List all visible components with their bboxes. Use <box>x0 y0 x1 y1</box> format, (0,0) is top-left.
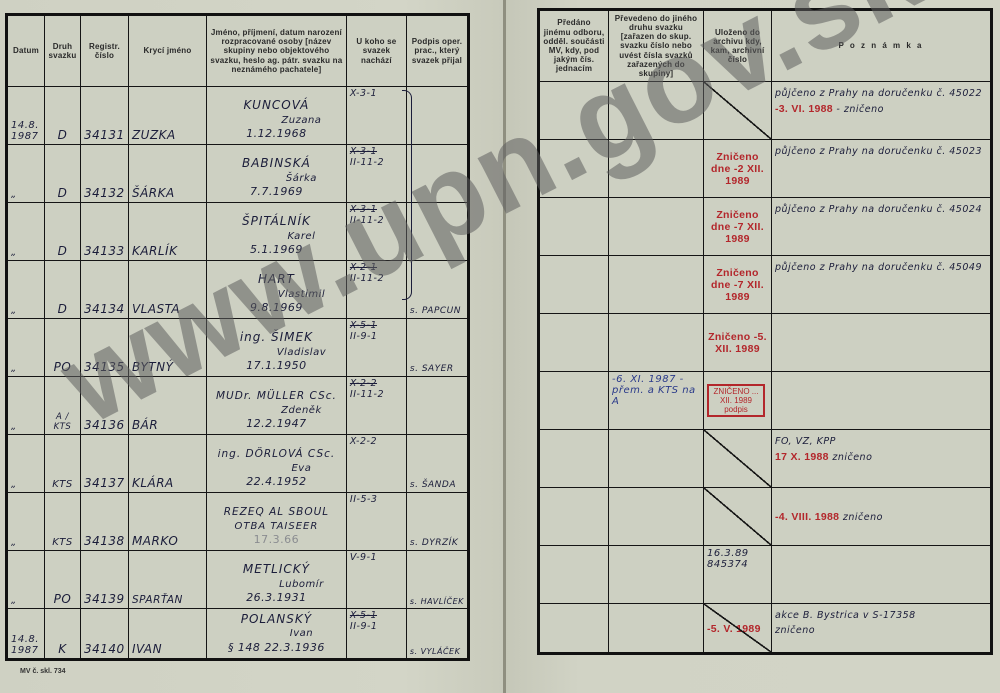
diagonal-strike <box>704 430 771 487</box>
diagonal-strike <box>704 82 771 139</box>
destroyed-stamp: Zničeno dne -7 XII. 1989 <box>707 209 768 245</box>
given-name: OTBA TAISEER <box>210 520 343 534</box>
location-current: II-11-2 <box>350 390 403 401</box>
signature-cell: s. ŠANDA <box>406 435 468 493</box>
location-current: II-9-1 <box>350 622 403 633</box>
type-cell: D <box>44 261 80 319</box>
header-note: P o z n á m k a <box>772 10 992 82</box>
transferred-cell <box>539 430 609 488</box>
given-name: Vladislav <box>210 346 343 360</box>
type-cell: D <box>44 145 80 203</box>
location-cell: X-3-1 II-11-2 <box>346 145 406 203</box>
surname: HART <box>210 271 343 287</box>
birth-date: § 148 22.3.1936 <box>210 641 343 656</box>
table-row: -6. XI. 1987 - přem. a KTS na A ZNIČENO … <box>539 372 992 430</box>
table-row: „ PO 34139 SPARŤAN METLICKÝ Lubomír 26.3… <box>7 551 469 609</box>
table-row: „ PO 34135 BYTNÝ ing. ŠIMEK Vladislav 17… <box>7 319 469 377</box>
given-name: Zdeněk <box>210 404 343 418</box>
note-cell: FO, VZ, KPP 17 X. 1988 zničeno <box>772 430 992 488</box>
header-person: Jméno, příjmení, datum narození rozpraco… <box>206 15 346 87</box>
reg-cell: 34139 <box>80 551 128 609</box>
reg-cell: 34131 <box>80 87 128 145</box>
transferred-cell <box>539 140 609 198</box>
register-table-right: Předáno jinému odboru, odděl. součásti M… <box>537 8 993 655</box>
header-converted: Převedeno do jiného druhu svazku [zařaze… <box>609 10 704 82</box>
header-date: Datum <box>7 15 45 87</box>
destroyed-stamp: Zničeno dne -2 XII. 1989 <box>707 151 768 187</box>
signature-cell <box>406 145 468 203</box>
table-row: 16.3.89 845374 <box>539 546 992 604</box>
date-stamp: -3. VI. 1988 <box>775 103 833 115</box>
person-cell: ŠPITÁLNÍK Karel 5.1.1969 <box>206 203 346 261</box>
signature-cell <box>406 377 468 435</box>
type-cell: KTS <box>44 493 80 551</box>
reg-cell: 34132 <box>80 145 128 203</box>
surname: MUDr. MÜLLER CSc. <box>210 389 343 403</box>
note-text: půjčeno z Prahy na doručenku č. 45023 <box>775 146 982 157</box>
type-cell: PO <box>44 319 80 377</box>
table-row: „ KTS 34138 MARKO REZEQ AL SBOUL OTBA TA… <box>7 493 469 551</box>
location-cell: X-3-1 <box>346 87 406 145</box>
signature-cell: s. VYLÁČEK <box>406 609 468 660</box>
note-cell: půjčeno z Prahy na doručenku č. 45023 <box>772 140 992 198</box>
handwritten-brace <box>402 90 412 300</box>
date-cell: „ <box>7 203 45 261</box>
given-name: Karel <box>210 230 343 244</box>
person-cell: MUDr. MÜLLER CSc. Zdeněk 12.2.1947 <box>206 377 346 435</box>
type-cell: PO <box>44 551 80 609</box>
surname: ŠPITÁLNÍK <box>210 213 343 229</box>
transferred-cell <box>539 314 609 372</box>
location-cell: II-5-3 <box>346 493 406 551</box>
book-spine <box>503 0 506 693</box>
archived-cell <box>704 82 772 140</box>
reg-cell: 34137 <box>80 435 128 493</box>
archived-cell: Zničeno dne -7 XII. 1989 <box>704 198 772 256</box>
converted-cell <box>609 488 704 546</box>
type-cell: D <box>44 87 80 145</box>
birth-date: 17.3.66 <box>210 533 343 548</box>
given-name: Šárka <box>210 172 343 186</box>
cover-cell: BÁR <box>128 377 206 435</box>
birth-date: 5.1.1969 <box>210 243 343 258</box>
person-cell: BABINSKÁ Šárka 7.7.1969 <box>206 145 346 203</box>
note-text: půjčeno z Prahy na doručenku č. 45049 <box>775 262 982 273</box>
person-cell: HART Vlastimil 9.8.1969 <box>206 261 346 319</box>
archived-cell <box>704 430 772 488</box>
archived-cell: Zničeno dne -7 XII. 1989 <box>704 256 772 314</box>
location-current: II-11-2 <box>350 274 403 285</box>
table-row: „ D 34132 ŠÁRKA BABINSKÁ Šárka 7.7.1969 … <box>7 145 469 203</box>
birth-date: 9.8.1969 <box>210 301 343 316</box>
transferred-cell <box>539 198 609 256</box>
location-cell: X-5-1 II-9-1 <box>346 319 406 377</box>
header-cover-name: Krycí jméno <box>128 15 206 87</box>
converted-cell <box>609 82 704 140</box>
converted-cell <box>609 256 704 314</box>
person-cell: POLANSKÝ Ivan § 148 22.3.1936 <box>206 609 346 660</box>
cover-cell: ZUZKA <box>128 87 206 145</box>
location-current: X-2-2 <box>350 437 403 448</box>
diagonal-strike <box>704 488 771 545</box>
birth-date: 26.3.1931 <box>210 591 343 606</box>
date-cell: „ <box>7 145 45 203</box>
birth-date: 7.7.1969 <box>210 185 343 200</box>
converted-cell <box>609 604 704 654</box>
date-cell: „ <box>7 551 45 609</box>
table-row: „ A / KTS 34136 BÁR MUDr. MÜLLER CSc. Zd… <box>7 377 469 435</box>
birth-date: 22.4.1952 <box>210 475 343 490</box>
note-text: akce B. Bystrica v S-17358 <box>775 608 987 623</box>
given-name: Lubomír <box>210 578 343 592</box>
table-row: půjčeno z Prahy na doručenku č. 45022 -3… <box>539 82 992 140</box>
archived-cell: Zničeno dne -2 XII. 1989 <box>704 140 772 198</box>
date-cell: „ <box>7 435 45 493</box>
location-cell: X-2-1 II-11-2 <box>346 261 406 319</box>
signature-cell: s. HAVLÍČEK <box>406 551 468 609</box>
cover-cell: IVAN <box>128 609 206 660</box>
surname: REZEQ AL SBOUL <box>210 505 343 519</box>
date-cell: „ <box>7 261 45 319</box>
note-cell <box>772 546 992 604</box>
signature-cell <box>406 87 468 145</box>
reg-cell: 34138 <box>80 493 128 551</box>
date-cell: 14.8. 1987 <box>7 609 45 660</box>
table-row: „ D 34134 VLASTA HART Vlastimil 9.8.1969… <box>7 261 469 319</box>
surname: ing. ŠIMEK <box>210 329 343 345</box>
note-cell <box>772 314 992 372</box>
cover-cell: SPARŤAN <box>128 551 206 609</box>
table-row: -4. VIII. 1988 zničeno <box>539 488 992 546</box>
type-cell: D <box>44 203 80 261</box>
table-row: Zničeno dne -2 XII. 1989 půjčeno z Prahy… <box>539 140 992 198</box>
person-cell: REZEQ AL SBOUL OTBA TAISEER 17.3.66 <box>206 493 346 551</box>
surname: METLICKÝ <box>210 561 343 577</box>
given-name: Ivan <box>210 627 343 641</box>
type-cell: A / KTS <box>44 377 80 435</box>
surname: BABINSKÁ <box>210 155 343 171</box>
location-cell: X-2-2 <box>346 435 406 493</box>
surname: ing. DÖRLOVÁ CSc. <box>210 447 343 461</box>
signature-cell: s. PAPCUN <box>406 261 468 319</box>
transferred-cell <box>539 372 609 430</box>
table-row: „ KTS 34137 KLÁRA ing. DÖRLOVÁ CSc. Eva … <box>7 435 469 493</box>
given-name: Vlastimil <box>210 288 343 302</box>
converted-cell <box>609 546 704 604</box>
note-extra: - zničeno <box>836 104 884 115</box>
cover-cell: ŠÁRKA <box>128 145 206 203</box>
table-row: FO, VZ, KPP 17 X. 1988 zničeno <box>539 430 992 488</box>
person-cell: ing. ŠIMEK Vladislav 17.1.1950 <box>206 319 346 377</box>
person-cell: ing. DÖRLOVÁ CSc. Eva 22.4.1952 <box>206 435 346 493</box>
archived-cell: 16.3.89 845374 <box>704 546 772 604</box>
table-row: Zničeno dne -7 XII. 1989 půjčeno z Prahy… <box>539 198 992 256</box>
note-cell: půjčeno z Prahy na doručenku č. 45022 -3… <box>772 82 992 140</box>
header-reg-number: Registr. číslo <box>80 15 128 87</box>
reg-cell: 34133 <box>80 203 128 261</box>
transferred-cell <box>539 604 609 654</box>
signature-cell: s. SAYER <box>406 319 468 377</box>
table-row: 14.8. 1987 K 34140 IVAN POLANSKÝ Ivan § … <box>7 609 469 660</box>
converted-cell <box>609 140 704 198</box>
archived-cell <box>704 488 772 546</box>
location-cell: X-2-2 II-11-2 <box>346 377 406 435</box>
transferred-cell <box>539 256 609 314</box>
type-cell: KTS <box>44 435 80 493</box>
cover-cell: KLÁRA <box>128 435 206 493</box>
date-cell: „ <box>7 493 45 551</box>
converted-cell <box>609 430 704 488</box>
converted-cell <box>609 314 704 372</box>
destroyed-stamp: Zničeno dne -7 XII. 1989 <box>707 267 768 303</box>
cover-cell: KARLÍK <box>128 203 206 261</box>
location-current: II-5-3 <box>350 495 403 506</box>
birth-date: 17.1.1950 <box>210 359 343 374</box>
transferred-cell <box>539 546 609 604</box>
type-cell: K <box>44 609 80 660</box>
archived-cell: -5. V. 1989 <box>704 604 772 654</box>
destroyed-stamp-box: ZNIČENO ... XII. 1989 podpis <box>707 384 765 417</box>
location-current: II-11-2 <box>350 216 403 227</box>
note-text: půjčeno z Prahy na doručenku č. 45022 <box>775 86 987 101</box>
date-stamp: 17 X. 1988 <box>775 451 829 463</box>
converted-cell <box>609 198 704 256</box>
table-row: 14.8. 1987 D 34131 ZUZKA KUNCOVÁ Zuzana … <box>7 87 469 145</box>
register-table-left: Datum Druh svazku Registr. číslo Krycí j… <box>5 13 470 661</box>
archive-record: 16.3.89 845374 <box>707 548 749 570</box>
note-text: FO, VZ, KPP <box>775 434 987 449</box>
cover-cell: VLASTA <box>128 261 206 319</box>
location-cell: X-3-1 II-11-2 <box>346 203 406 261</box>
date-cell: „ <box>7 319 45 377</box>
destroyed-stamp: -5. V. 1989 <box>707 623 761 635</box>
converted-cell: -6. XI. 1987 - přem. a KTS na A <box>609 372 704 430</box>
destroyed-stamp: Zničeno -5. XII. 1989 <box>707 331 768 355</box>
table-row: Zničeno -5. XII. 1989 <box>539 314 992 372</box>
cover-cell: MARKO <box>128 493 206 551</box>
note-cell: -4. VIII. 1988 zničeno <box>772 488 992 546</box>
header-transferred: Předáno jinému odboru, odděl. součásti M… <box>539 10 609 82</box>
reg-cell: 34136 <box>80 377 128 435</box>
given-name: Eva <box>210 462 343 476</box>
surname: KUNCOVÁ <box>210 97 343 113</box>
transferred-cell <box>539 82 609 140</box>
conversion-note: -6. XI. 1987 - přem. a KTS na A <box>612 374 696 407</box>
header-row: Předáno jinému odboru, odděl. součásti M… <box>539 10 992 82</box>
archived-cell: ZNIČENO ... XII. 1989 podpis <box>704 372 772 430</box>
note-extra: zničeno <box>832 452 872 463</box>
location-current: V-9-1 <box>350 553 403 564</box>
date-cell: „ <box>7 377 45 435</box>
note-cell <box>772 372 992 430</box>
birth-date: 1.12.1968 <box>210 127 343 142</box>
note-extra: zničeno <box>775 625 815 636</box>
header-location: U koho se svazek nachází <box>346 15 406 87</box>
table-row: „ D 34133 KARLÍK ŠPITÁLNÍK Karel 5.1.196… <box>7 203 469 261</box>
birth-date: 12.2.1947 <box>210 417 343 432</box>
signature-cell <box>406 203 468 261</box>
person-cell: KUNCOVÁ Zuzana 1.12.1968 <box>206 87 346 145</box>
header-file-type: Druh svazku <box>44 15 80 87</box>
note-cell: půjčeno z Prahy na doručenku č. 45049 <box>772 256 992 314</box>
transferred-cell <box>539 488 609 546</box>
surname: POLANSKÝ <box>210 611 343 627</box>
note-extra: zničeno <box>843 512 883 523</box>
date-stamp: -4. VIII. 1988 <box>775 511 839 523</box>
reg-cell: 34134 <box>80 261 128 319</box>
cover-cell: BYTNÝ <box>128 319 206 377</box>
archived-cell: Zničeno -5. XII. 1989 <box>704 314 772 372</box>
person-cell: METLICKÝ Lubomír 26.3.1931 <box>206 551 346 609</box>
table-row: Zničeno dne -7 XII. 1989 půjčeno z Prahy… <box>539 256 992 314</box>
table-row: -5. V. 1989 akce B. Bystrica v S-17358 z… <box>539 604 992 654</box>
reg-cell: 34140 <box>80 609 128 660</box>
location-current: II-9-1 <box>350 332 403 343</box>
location-current: II-11-2 <box>350 158 403 169</box>
form-number: MV č. skl. 734 <box>20 668 66 675</box>
header-archived: Uloženo do archivu kdy, kam, archivní čí… <box>704 10 772 82</box>
location-cell: X-5-1 II-9-1 <box>346 609 406 660</box>
note-text: půjčeno z Prahy na doručenku č. 45024 <box>775 204 982 215</box>
signature-cell: s. DYRZÍK <box>406 493 468 551</box>
note-cell: akce B. Bystrica v S-17358 zničeno <box>772 604 992 654</box>
date-cell: 14.8. 1987 <box>7 87 45 145</box>
location-current: X-3-1 <box>350 89 403 100</box>
header-row: Datum Druh svazku Registr. číslo Krycí j… <box>7 15 469 87</box>
reg-cell: 34135 <box>80 319 128 377</box>
note-cell: půjčeno z Prahy na doručenku č. 45024 <box>772 198 992 256</box>
given-name: Zuzana <box>210 114 343 128</box>
location-cell: V-9-1 <box>346 551 406 609</box>
header-signature: Podpis oper. prac., který svazek přijal <box>406 15 468 87</box>
